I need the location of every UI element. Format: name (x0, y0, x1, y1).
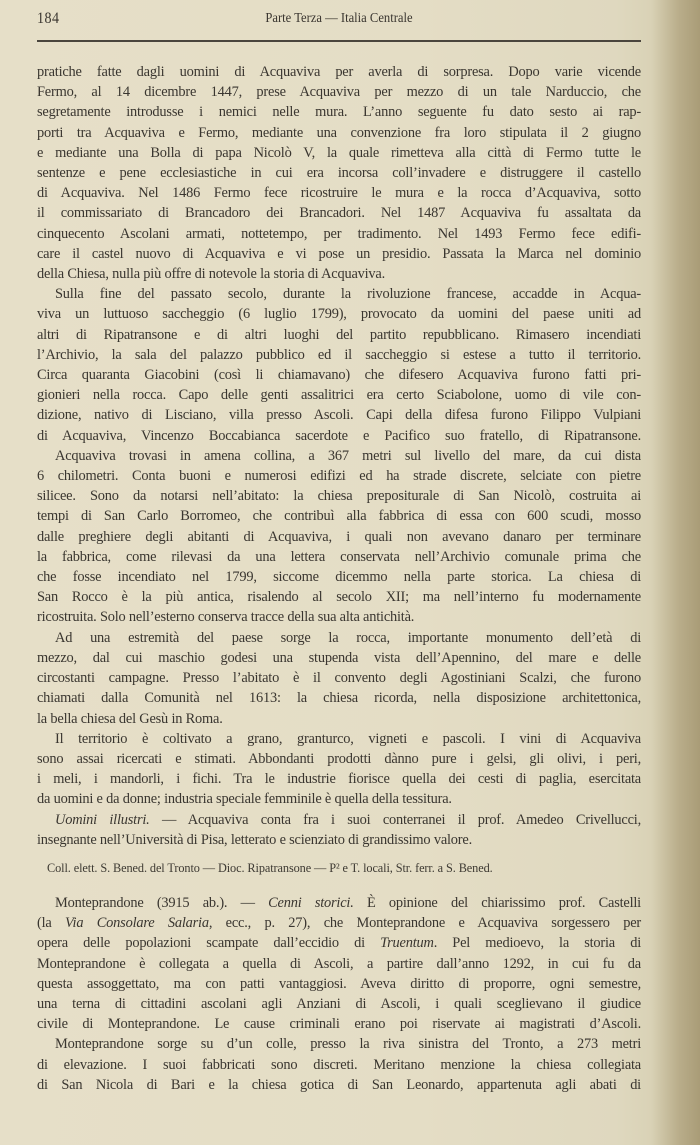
text-line: Circa quaranta Giacobini (così li chiama… (37, 365, 641, 385)
text-line: ricostruita. Solo nell’esterno conserva … (37, 607, 641, 627)
text-line: 6 chilometri. Conta buoni e numerosi edi… (37, 466, 641, 486)
text-line: da uomini e da donne; industria speciale… (37, 789, 641, 809)
paragraph-history-continued: pratiche fatte dagli uomini di Acquaviva… (37, 62, 641, 284)
page-number: 184 (37, 10, 59, 28)
text-line: (la Via Consolare Salaria, ecc., p. 27),… (37, 913, 641, 933)
text-line: e mediante una Bolla di papa Nicolò V, l… (37, 143, 641, 163)
text-line: di San Nicola di Bari e la chiesa gotica… (37, 1075, 641, 1095)
text-line: civile di Monteprandone. Le cause crimin… (37, 1014, 641, 1034)
text-line: viva un luttuoso saccheggio (6 luglio 17… (37, 304, 641, 324)
italic-heading-cenni-storici: Cenni storici. (268, 895, 353, 911)
italic-heading-uomini-illustri: Uomini illustri. (55, 812, 150, 828)
entry-heading-monteprandone: Monteprandone (3915 ab.). — (55, 895, 268, 911)
text-line: Uomini illustri. — Acquaviva conta fra i… (37, 810, 641, 830)
text-line: sono assai ricercati e stimati. Abbondan… (37, 749, 641, 769)
paragraph-monteprandone-geography: Monteprandone sorge su d’un colle, press… (37, 1034, 641, 1095)
text-line: insegnante nell’Università di Pisa, lett… (37, 830, 641, 850)
paragraph-territory: Il territorio è coltivato a grano, grant… (37, 729, 641, 810)
text-line: mezzo, dal cui maschio godesi una stupen… (37, 648, 641, 668)
text-line: Monteprandone (3915 ab.). — Cenni storic… (37, 893, 641, 913)
text-fragment: (la (37, 915, 65, 931)
text-line: Il territorio è coltivato a grano, grant… (37, 729, 641, 749)
text-line: Fermo, al 14 dicembre 1447, prese Acquav… (37, 82, 641, 102)
text-line: dalle preghiere degli abitanti di Acquav… (37, 527, 641, 547)
header-rule (37, 40, 641, 42)
text-line: Ad una estremità del paese sorge la rocc… (37, 628, 641, 648)
paragraph-monteprandone-history: Monteprandone (3915 ab.). — Cenni storic… (37, 893, 641, 1034)
text-line: che fosse incendiato nel 1799, siccome d… (37, 567, 641, 587)
paragraph-fortress: Ad una estremità del paese sorge la rocc… (37, 628, 641, 729)
text-line: care il castel nuovo di Acquaviva e vi p… (37, 244, 641, 264)
text-fragment: — Acquaviva conta fra i suoi conterranei… (150, 812, 641, 828)
text-line: l’Archivio, la sala del palazzo pubblico… (37, 345, 641, 365)
text-line: di Acquaviva, Vincenzo Boccabianca sacer… (37, 426, 641, 446)
text-line: silicee. Sono da notarsi nell’abitato: l… (37, 486, 641, 506)
text-line: di Acquaviva. Nel 1486 Fermo fece ricost… (37, 183, 641, 203)
italic-place-truentum: Truentum (380, 935, 434, 951)
text-line: pratiche fatte dagli uomini di Acquaviva… (37, 62, 641, 82)
text-line: chiamati dalla Comunità nel 1613: la chi… (37, 688, 641, 708)
text-fragment: opera delle popolazioni scampate dall’ec… (37, 935, 380, 951)
text-line: Sulla fine del passato secolo, durante l… (37, 284, 641, 304)
text-line: tempi di San Carlo Borromeo, che contrib… (37, 506, 641, 526)
text-line: porti tra Acquaviva e Fermo, mediante un… (37, 123, 641, 143)
text-line: i meli, i mandorli, i fichi. Tra le indu… (37, 769, 641, 789)
text-line: della Chiesa, nulla più offre di notevol… (37, 264, 641, 284)
text-line: questa assoggettato, ma con patti vantag… (37, 974, 641, 994)
text-fragment: È opinione del chiarissimo prof. Castell… (354, 895, 641, 911)
text-fragment: , ecc., p. 27), che Monteprandone e Acqu… (209, 915, 641, 931)
running-title: Parte Terza — Italia Centrale (67, 11, 611, 27)
text-line: gionieri nella rocca. Capo delle genti a… (37, 385, 641, 405)
text-line: Monteprandone è collegata a quella di As… (37, 954, 641, 974)
text-line: segretamente introdusse i nemici nelle m… (37, 102, 641, 122)
text-fragment: . Pel medioevo, la storia di (434, 935, 641, 951)
text-line: la bella chiesa del Gesù in Roma. (37, 709, 641, 729)
text-line: sentenze e pene ecclesiastiche in cui er… (37, 163, 641, 183)
text-line: opera delle popolazioni scampate dall’ec… (37, 933, 641, 953)
text-line: circostanti campagne. Presso l’abitato è… (37, 668, 641, 688)
administrative-info-line: Coll. elett. S. Bened. del Tronto — Dioc… (37, 859, 641, 877)
text-line: il commissariato di Brancadoro dei Branc… (37, 203, 641, 223)
italic-title-via-consolare: Via Consolare Salaria (65, 915, 209, 931)
paragraph-revolution: Sulla fine del passato secolo, durante l… (37, 284, 641, 446)
text-line: una terna di cittadini ascolani agli Anz… (37, 994, 641, 1014)
text-line: dizione, nativo di Lisciano, villa press… (37, 405, 641, 425)
running-head: 184 Parte Terza — Italia Centrale (37, 10, 641, 32)
page-body: pratiche fatte dagli uomini di Acquaviva… (37, 62, 641, 1095)
paragraph-geography: Acquaviva trovasi in amena collina, a 36… (37, 446, 641, 628)
text-line: Acquaviva trovasi in amena collina, a 36… (37, 446, 641, 466)
text-line: di elevazione. I suoi fabbricati sono di… (37, 1055, 641, 1075)
text-line: San Rocco è la più antica, risalendo al … (37, 587, 641, 607)
section-gap (37, 877, 641, 893)
text-line: altri di Ripatransone e di altri luoghi … (37, 325, 641, 345)
text-line: Monteprandone sorge su d’un colle, press… (37, 1034, 641, 1054)
text-line: la fabbrica, come rilevasi da una letter… (37, 547, 641, 567)
paragraph-notable-people: Uomini illustri. — Acquaviva conta fra i… (37, 810, 641, 850)
text-line: cinquecento Ascolani armati, nottetempo,… (37, 224, 641, 244)
